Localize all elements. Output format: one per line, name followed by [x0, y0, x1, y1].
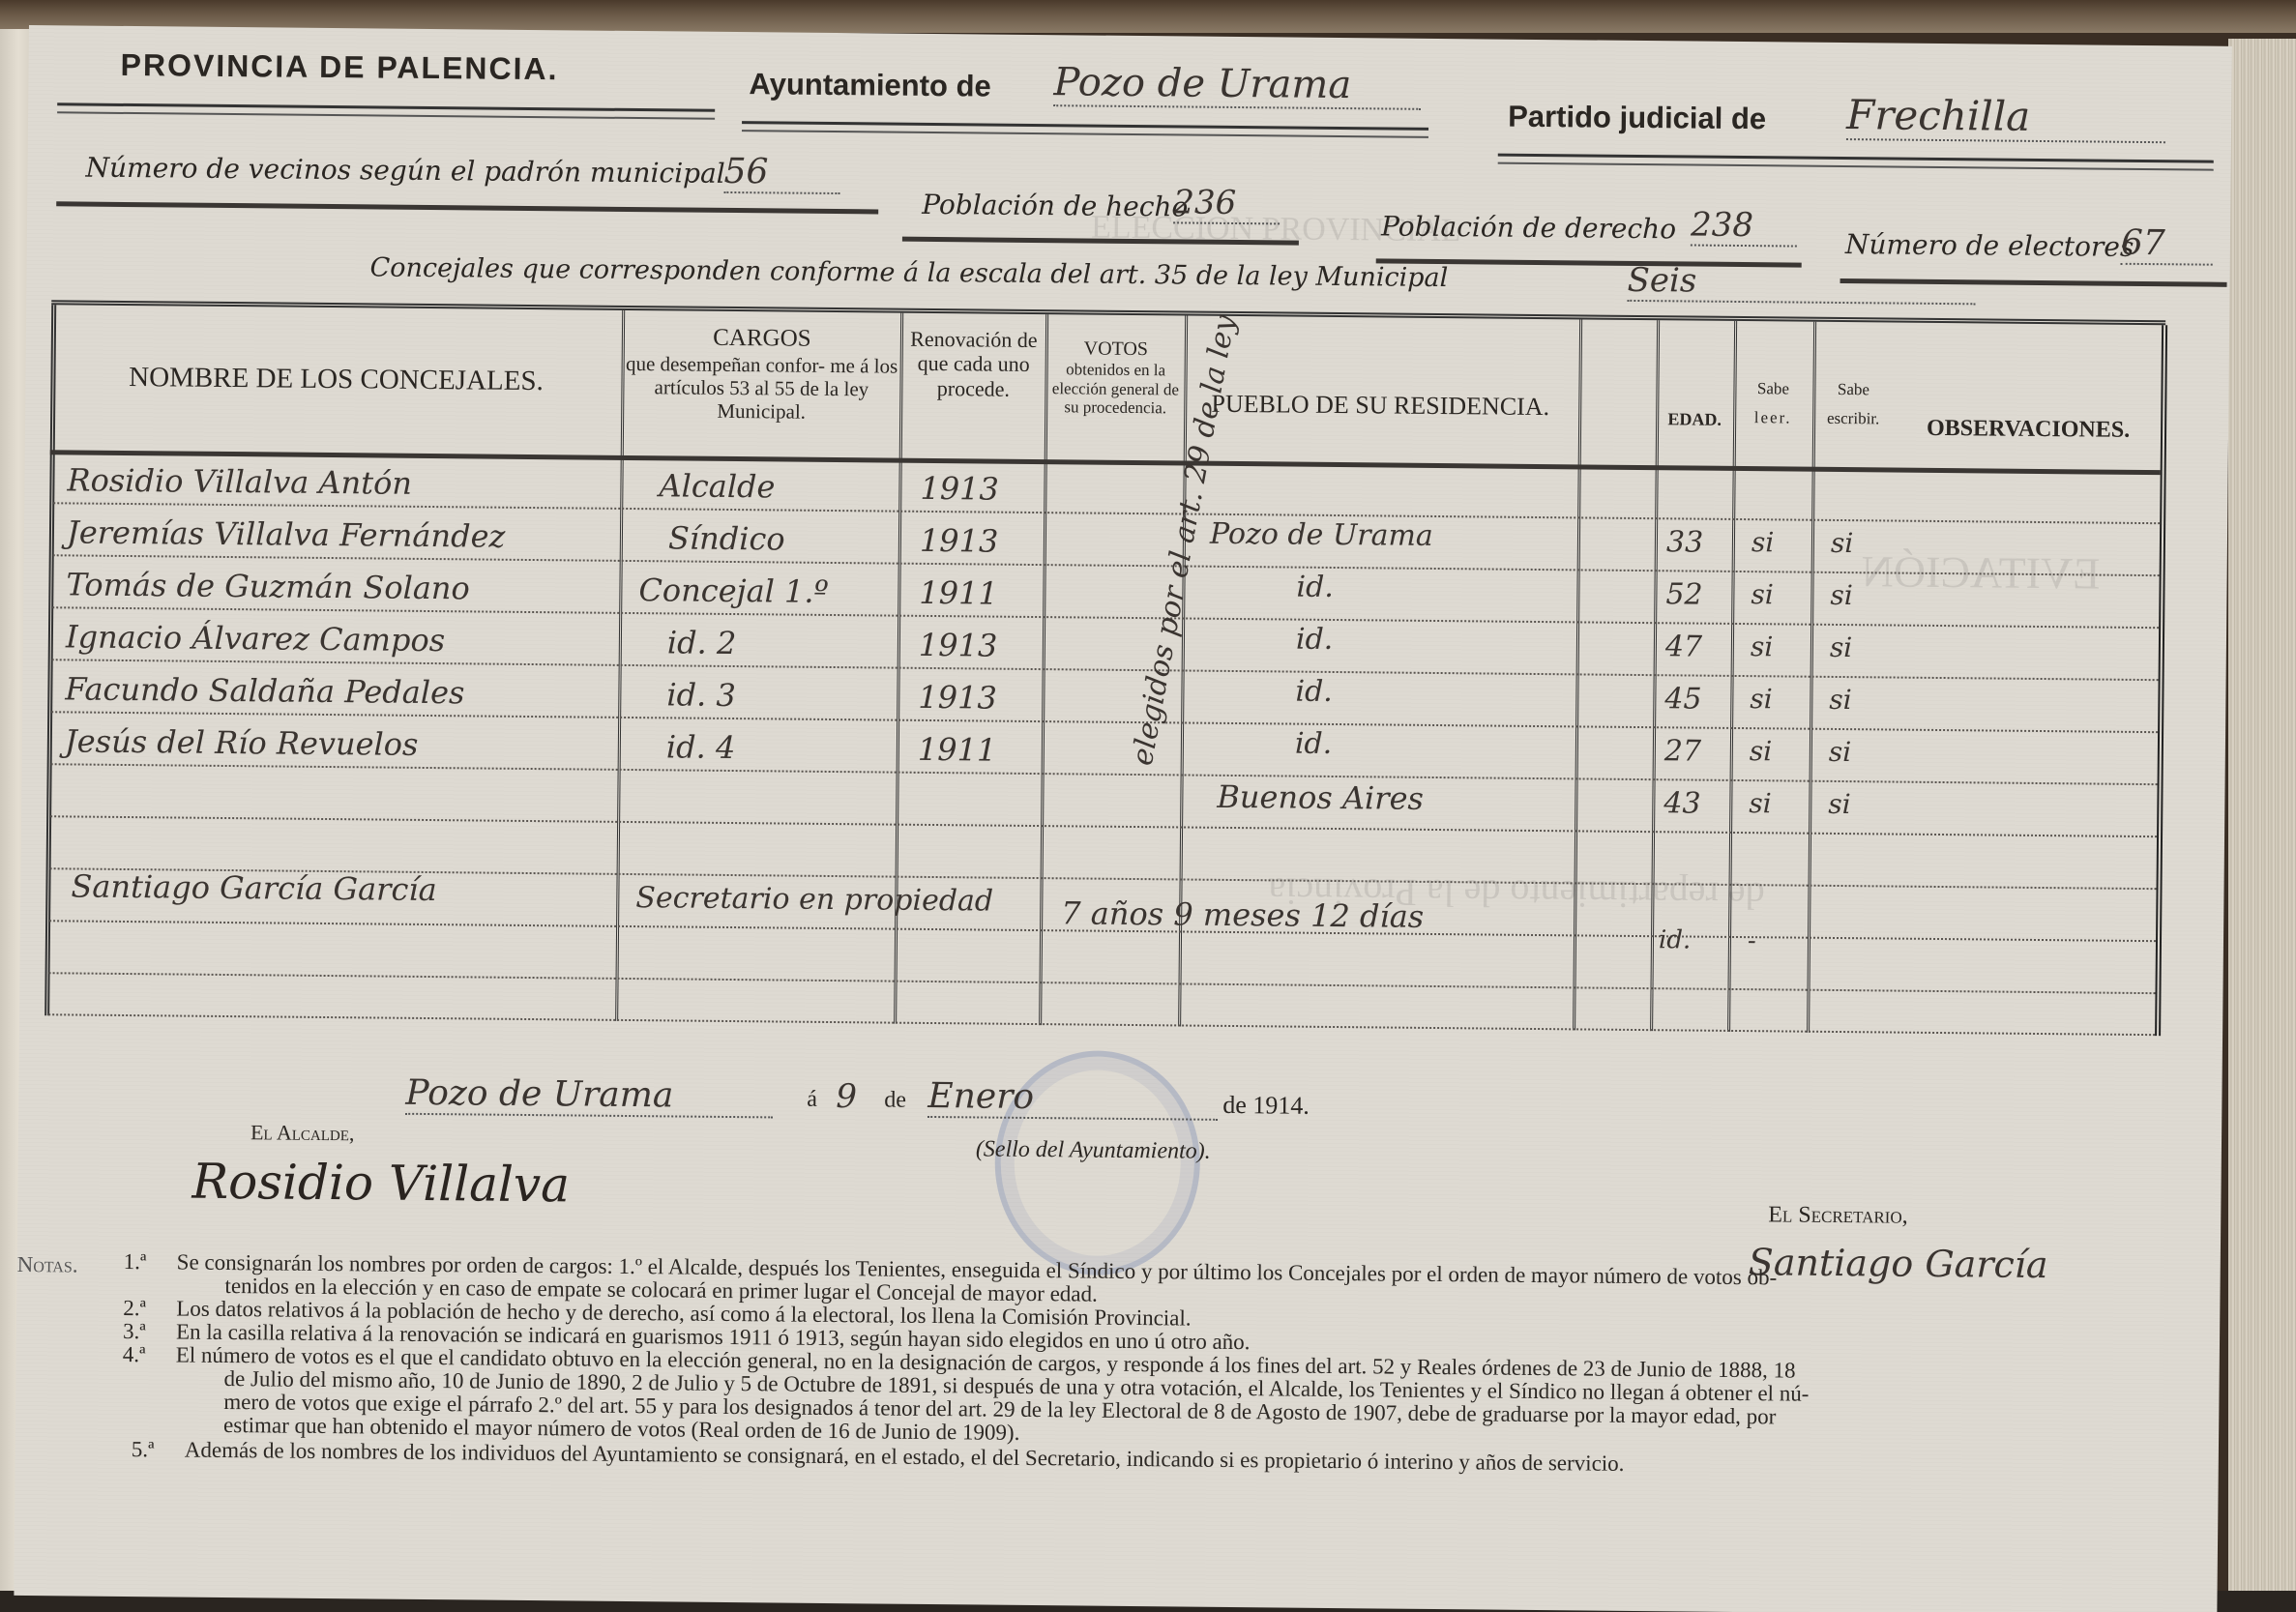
escribir-label-1: Sabe	[1814, 380, 1892, 399]
vecinos-label: Número de vecinos según el padrón munici…	[85, 152, 724, 190]
row-nombre: Tomás de Guzmán Solano	[66, 566, 470, 606]
row-pueblo: id.	[1296, 571, 1334, 604]
row-rule	[49, 972, 2156, 994]
concejales-label: Concejales que corresponden conforme á l…	[369, 252, 1448, 293]
row-leer: si	[1750, 735, 1773, 767]
alcalde-label: El Alcalde,	[250, 1120, 355, 1146]
secretary-cargo: Secretario en propiedad	[635, 881, 993, 919]
row-leer: si	[1751, 630, 1774, 662]
row-pueblo: id.	[1295, 727, 1333, 761]
electores-value: 67	[2121, 223, 2213, 266]
row-leer: si	[1751, 578, 1774, 610]
row-pueblo: Buenos Aires	[1217, 778, 1424, 817]
alcalde-signature: Rosidio Villalva	[191, 1154, 570, 1214]
province-title: PROVINCIA DE PALENCIA.	[120, 47, 558, 87]
document-page: ELECCION PROVINCIAL EVITACIÓN de reparti…	[14, 25, 2231, 1612]
leer-label-1: Sabe	[1735, 379, 1810, 398]
votos-title: VOTOS	[1049, 337, 1183, 361]
note-number: 2.ª	[123, 1296, 146, 1321]
row-escribir: si	[1828, 788, 1851, 820]
row-renovacion: 1911	[918, 731, 997, 769]
row-escribir: si	[1830, 579, 1853, 611]
electores-label: Número de electores	[1845, 228, 2134, 263]
column-header-observaciones: OBSERVACIONES.	[1898, 416, 2159, 445]
partido-value: Frechilla	[1846, 91, 2165, 143]
cargos-subtitle: que desempeñan confor- me á los artículo…	[625, 352, 898, 425]
note-number: 1.ª	[124, 1249, 147, 1275]
row-cargo: Concejal 1.º	[638, 572, 829, 610]
row-edad: 47	[1665, 630, 1703, 663]
secretario-label: El Secretario,	[1768, 1202, 1908, 1229]
note-number: 4.ª	[123, 1342, 146, 1367]
leer-label-2: leer.	[1735, 408, 1810, 427]
row-cargo: id. 2	[667, 624, 737, 661]
secretary-nombre: Santiago García García	[71, 867, 437, 908]
column-header-escribir: Sabe escribir.	[1814, 380, 1892, 428]
concejales-table: NOMBRE DE LOS CONCEJALES. CARGOS que des…	[44, 300, 2165, 1036]
row-nombre: Jesús del Río Revuelos	[65, 722, 419, 763]
row-pueblo: id.	[1295, 675, 1333, 709]
row-nombre: Facundo Saldaña Pedales	[65, 670, 464, 711]
footer-year: de 1914.	[1222, 1091, 1310, 1121]
row-leer: si	[1750, 683, 1773, 715]
row-renovacion: 1911	[919, 574, 998, 612]
ayuntamiento-label: Ayuntamiento de	[749, 67, 991, 103]
header-rule	[1498, 154, 2214, 171]
row-leer: si	[1749, 787, 1772, 819]
column-header-edad: EDAD.	[1658, 409, 1731, 429]
footer-place: Pozo de Urama	[405, 1073, 773, 1119]
ayuntamiento-value: Pozo de Urama	[1053, 60, 1421, 110]
note-number: 5.ª	[132, 1437, 155, 1462]
header-rule	[742, 121, 1428, 138]
row-edad: 27	[1664, 734, 1702, 768]
row-nombre: Jeremías Villalva Fernández	[67, 513, 506, 554]
cargos-title: CARGOS	[626, 324, 898, 354]
row-cargo: id. 3	[666, 676, 736, 714]
escribir-label-2: escribir.	[1814, 408, 1892, 427]
poblacion-hecho-value: 236	[1173, 183, 1280, 224]
column-header-leer: Sabe leer.	[1735, 379, 1810, 427]
footer-day: 9	[836, 1077, 857, 1116]
column-header-pueblo: PUEBLO DE SU RESIDENCIA.	[1192, 390, 1569, 423]
footer-a: á	[807, 1087, 817, 1113]
footer-month: Enero	[927, 1076, 1218, 1121]
sello-label: (Sello del Ayuntamiento).	[976, 1136, 1211, 1164]
header-rule	[57, 103, 715, 120]
row-leer: si	[1751, 526, 1775, 558]
column-header-nombre: NOMBRE DE LOS CONCEJALES.	[60, 361, 611, 398]
row-renovacion: 1913	[919, 627, 998, 664]
row-renovacion: 1913	[918, 679, 997, 717]
row-renovacion: 1913	[920, 522, 999, 560]
row-cargo: id. 4	[666, 728, 736, 766]
row-edad: 43	[1663, 786, 1701, 820]
concejales-value: Seis	[1627, 261, 1975, 305]
column-header-renovacion: Renovación de que cada uno procede.	[903, 327, 1044, 401]
row-pueblo: id.	[1296, 623, 1334, 657]
poblacion-hecho-label: Población de hecho	[922, 189, 1188, 223]
row-cargo: Alcalde	[659, 467, 775, 505]
partido-label: Partido judicial de	[1508, 100, 1766, 137]
row-escribir: si	[1830, 631, 1853, 663]
row-cargo: Síndico	[668, 519, 785, 557]
secretary-leer: -	[1748, 926, 1756, 955]
poblacion-derecho-label: Población de derecho	[1381, 210, 1676, 245]
row-nombre: Ignacio Álvarez Campos	[66, 618, 446, 659]
votos-subtitle: obtenidos en la elección general de su p…	[1048, 360, 1183, 418]
column-header-votos: VOTOS obtenidos en la elección general d…	[1048, 337, 1183, 418]
row-nombre: Rosidio Villalva Antón	[67, 461, 412, 501]
row-pueblo: Pozo de Urama	[1210, 517, 1433, 553]
row-edad: 45	[1664, 682, 1702, 716]
header-rule	[56, 201, 878, 214]
row-escribir: si	[1829, 684, 1852, 716]
vecinos-value: 56	[723, 152, 839, 194]
notes-label: Notas.	[17, 1252, 78, 1277]
row-escribir: si	[1831, 527, 1854, 559]
row-renovacion: 1913	[920, 470, 999, 508]
row-rule	[48, 1013, 2155, 1036]
poblacion-derecho-value: 238	[1691, 206, 1797, 248]
row-edad: 52	[1665, 577, 1703, 611]
footer-de: de	[884, 1088, 906, 1114]
secretary-edad: id.	[1659, 925, 1692, 954]
notes-section: Notas. 1.ª Se consignarán los nombres po…	[15, 1248, 2193, 1560]
row-edad: 33	[1666, 525, 1704, 559]
column-header-cargos: CARGOS que desempeñan confor- me á los a…	[625, 324, 898, 425]
row-escribir: si	[1829, 736, 1852, 768]
secretary-servicio: 7 años 9 meses 12 días	[1061, 894, 1424, 935]
page-edges	[2228, 39, 2296, 1596]
note-number: 3.ª	[123, 1319, 146, 1344]
